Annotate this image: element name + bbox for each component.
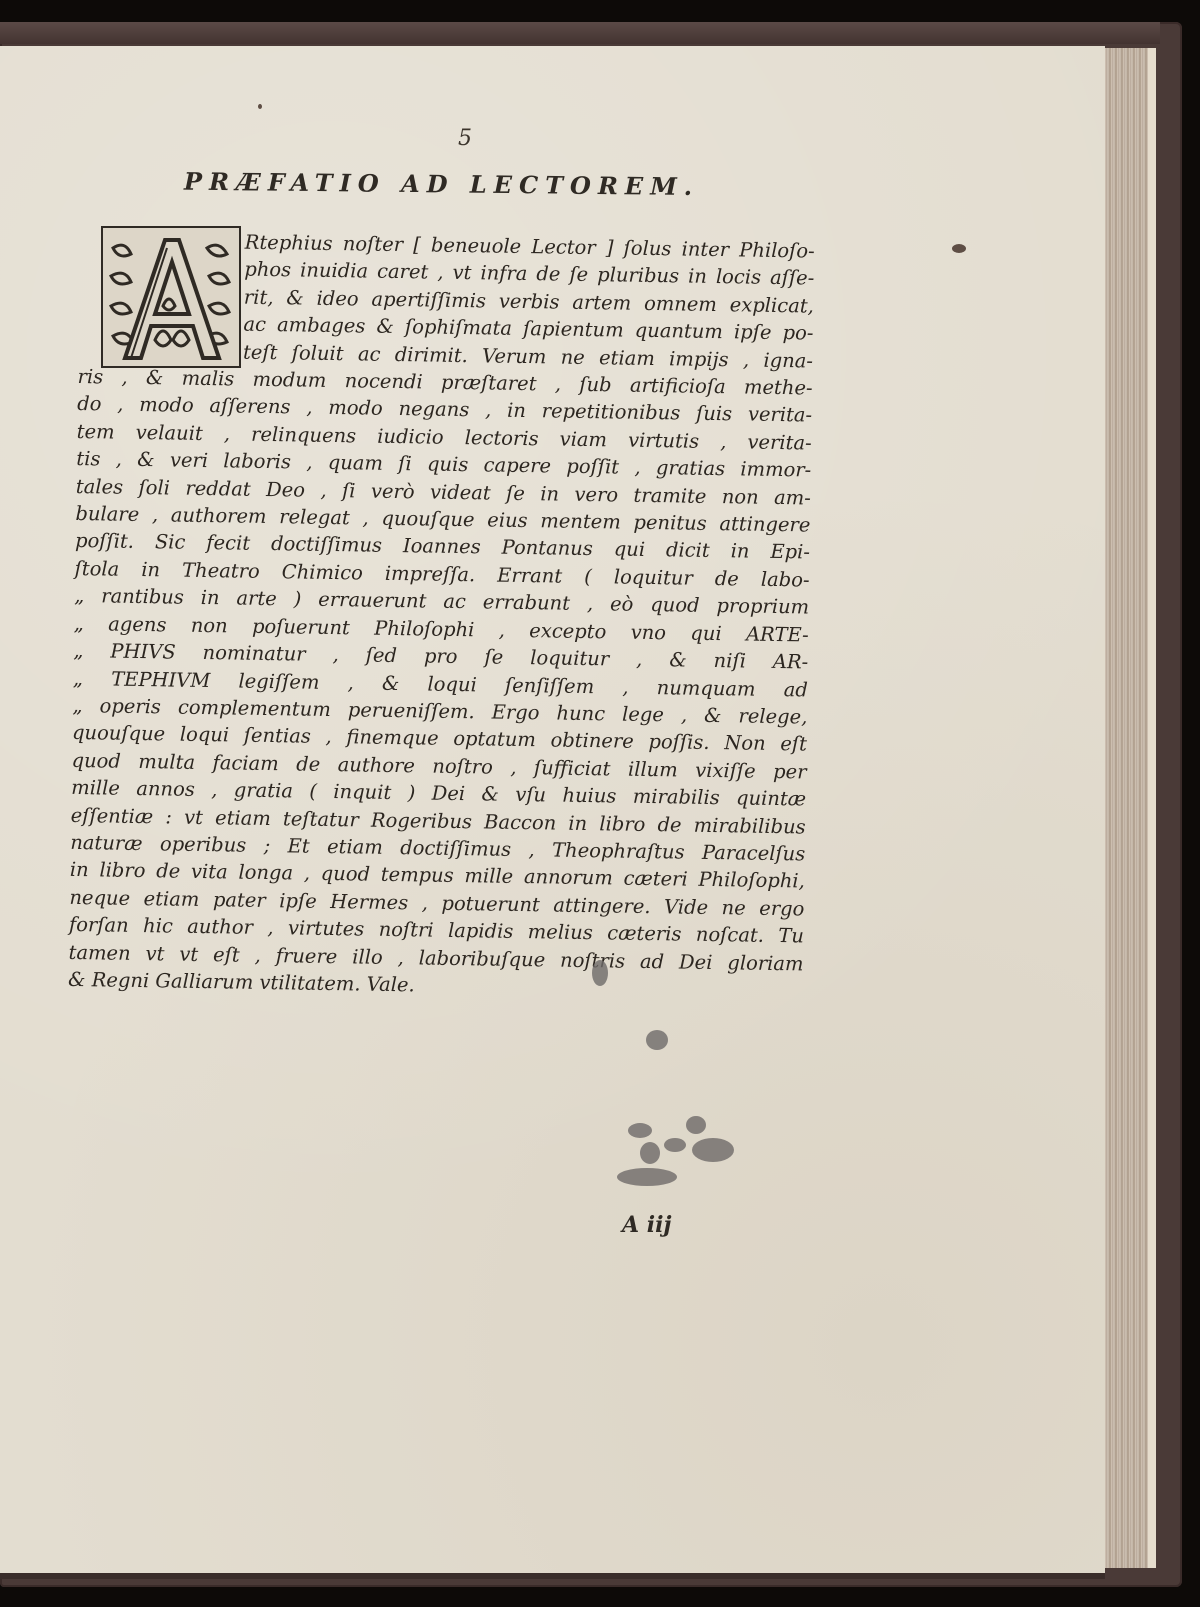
ink-stain: [617, 1168, 677, 1186]
ink-speck: [258, 104, 262, 109]
page-edges: [1100, 48, 1156, 1568]
page-bottom-edge: [0, 1573, 1105, 1579]
ink-stain: [664, 1138, 686, 1152]
book-binding-top-edge: [0, 22, 1160, 44]
ink-stain: [686, 1116, 706, 1134]
ink-stain: [646, 1030, 668, 1050]
ink-stain: [592, 960, 608, 986]
preface-body-text: Rtephius noſter [ beneuole Lector ] ſolu…: [68, 226, 815, 1005]
ink-stain: [692, 1138, 734, 1162]
ink-stain: [628, 1123, 652, 1138]
page-number: 5: [458, 126, 472, 151]
ink-speck: [952, 244, 966, 253]
ink-stain: [640, 1142, 660, 1164]
signature-mark: A iij: [622, 1212, 671, 1238]
